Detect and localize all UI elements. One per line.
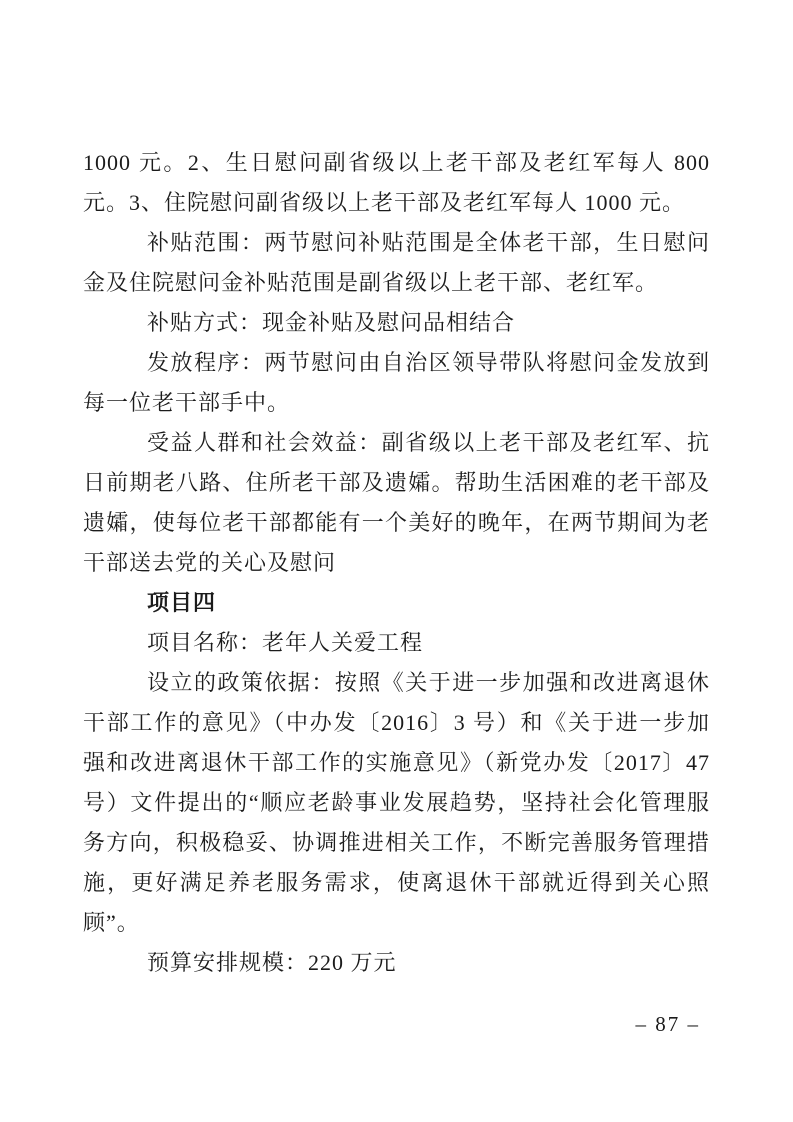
paragraph-continuation: 1000 元。2、生日慰问副省级以上老干部及老红军每人 800 元。3、住院慰问… xyxy=(83,143,710,223)
page-number: – 87 – xyxy=(636,1010,701,1038)
paragraph-distribution-procedure: 发放程序：两节慰问由自治区领导带队将慰问金发放到每一位老干部手中。 xyxy=(83,343,710,423)
document-page: 1000 元。2、生日慰问副省级以上老干部及老红军每人 800 元。3、住院慰问… xyxy=(0,0,793,1122)
paragraph-subsidy-method: 补贴方式：现金补贴及慰问品相结合 xyxy=(83,303,710,343)
paragraph-project-name: 项目名称：老年人关爱工程 xyxy=(83,623,710,663)
paragraph-policy-basis: 设立的政策依据：按照《关于进一步加强和改进离退休干部工作的意见》（中办发〔201… xyxy=(83,663,710,943)
heading-project-four: 项目四 xyxy=(83,583,710,623)
paragraph-budget-scale: 预算安排规模：220 万元 xyxy=(83,943,710,983)
paragraph-subsidy-scope: 补贴范围：两节慰问补贴范围是全体老干部，生日慰问金及住院慰问金补贴范围是副省级以… xyxy=(83,223,710,303)
paragraph-beneficiaries: 受益人群和社会效益：副省级以上老干部及老红军、抗日前期老八路、住所老干部及遗孀。… xyxy=(83,423,710,583)
document-body: 1000 元。2、生日慰问副省级以上老干部及老红军每人 800 元。3、住院慰问… xyxy=(83,143,710,983)
